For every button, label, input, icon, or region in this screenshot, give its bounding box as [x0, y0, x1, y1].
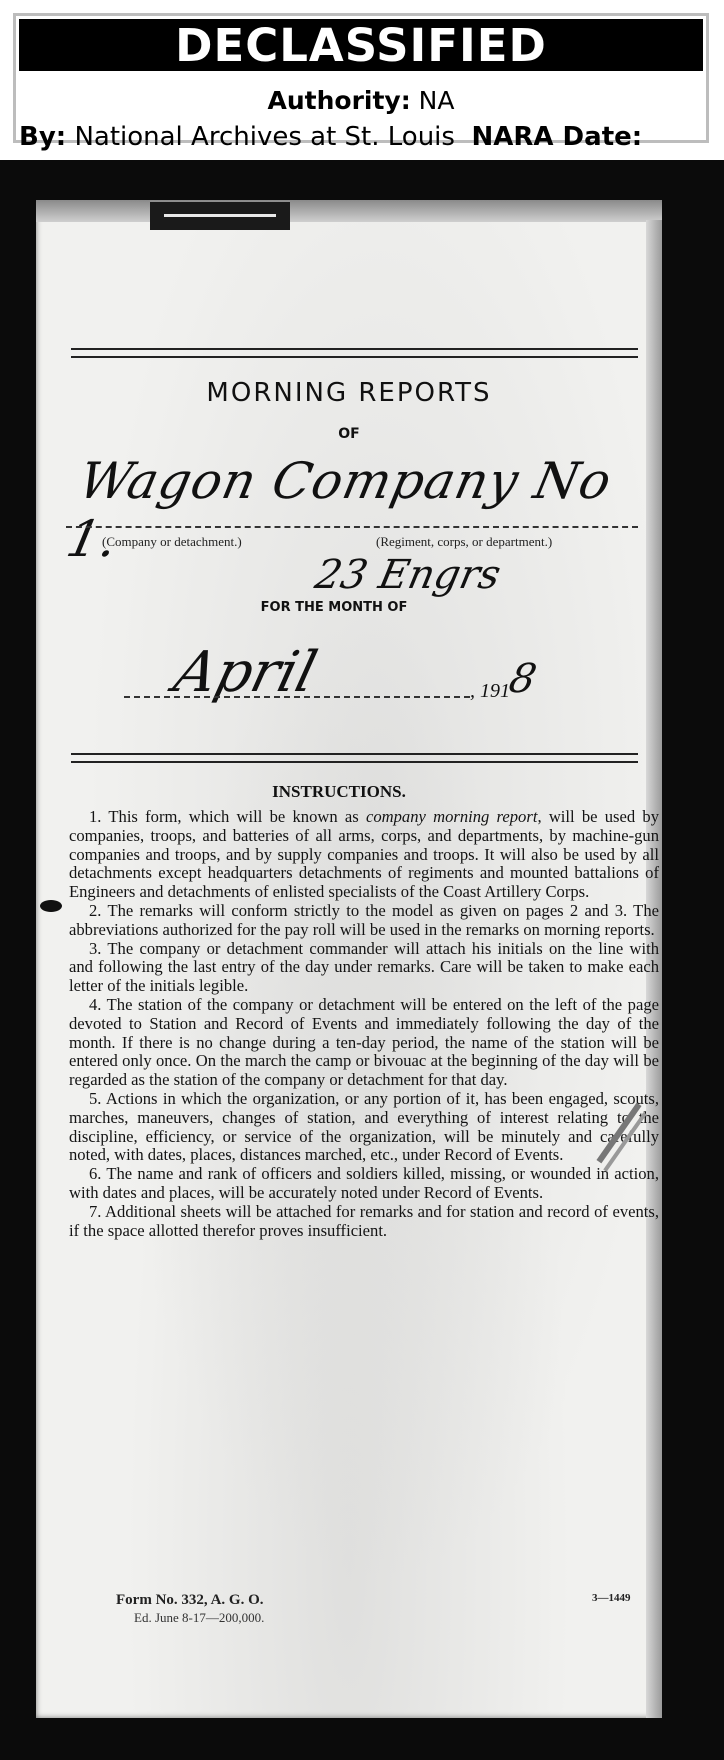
- authority-label: Authority:: [268, 86, 411, 115]
- ink-smudge: [40, 900, 62, 912]
- instruction-number: 5.: [89, 1089, 101, 1108]
- instruction-number: 3.: [89, 939, 101, 958]
- instruction-item: 1. This form, which will be known as com…: [69, 808, 659, 902]
- company-handwriting: Wagon Company No 1.: [62, 452, 675, 568]
- of-label: OF: [36, 426, 662, 442]
- instruction-item: 4. The station of the company or detachm…: [69, 996, 659, 1090]
- nara-date-label: NARA Date:: [471, 122, 642, 152]
- company-dotted-line: [66, 526, 638, 528]
- declassification-stamp: DECLASSIFIED Authority: NA By: National …: [13, 13, 709, 143]
- instruction-number: 1.: [89, 807, 101, 826]
- bottom-double-rule: [71, 753, 638, 763]
- instruction-text: Actions in which the organization, or an…: [69, 1089, 659, 1164]
- month-dotted-line: [124, 696, 470, 698]
- instruction-number: 4.: [89, 995, 101, 1014]
- regiment-caption: (Regiment, corps, or department.): [376, 534, 552, 550]
- instruction-text: The name and rank of officers and soldie…: [69, 1164, 659, 1202]
- authority-value: NA: [419, 86, 455, 115]
- instruction-item: 3. The company or detachment commander w…: [69, 940, 659, 996]
- year-prefix: , 191: [470, 680, 510, 703]
- company-caption: (Company or detachment.): [102, 534, 242, 550]
- top-double-rule: [71, 348, 638, 358]
- instruction-number: 6.: [89, 1164, 101, 1183]
- binding-clip: [150, 202, 290, 230]
- instruction-text: The remarks will conform strictly to the…: [69, 901, 659, 939]
- instruction-number: 2.: [89, 901, 101, 920]
- by-value: National Archives at St. Louis: [74, 122, 455, 152]
- regiment-handwriting: 23 Engrs: [311, 552, 505, 598]
- scanned-document-area: MORNING REPORTS OF Wagon Company No 1. (…: [0, 160, 724, 1760]
- instruction-item: 2. The remarks will conform strictly to …: [69, 902, 659, 940]
- instructions-title: INSTRUCTIONS.: [36, 782, 642, 802]
- instruction-item: 5. Actions in which the organization, or…: [69, 1090, 659, 1165]
- instruction-text: The company or detachment commander will…: [69, 939, 659, 996]
- stamp-authority: Authority: NA: [16, 86, 706, 116]
- document-title: MORNING REPORTS: [36, 378, 662, 408]
- month-label: FOR THE MONTH OF: [36, 600, 632, 615]
- stamp-by-line: By: National Archives at St. Louis NARA …: [19, 122, 706, 152]
- stamp-title: DECLASSIFIED: [19, 19, 703, 71]
- document-page: MORNING REPORTS OF Wagon Company No 1. (…: [36, 200, 662, 1718]
- instruction-emphasis: company morning report: [366, 807, 537, 826]
- instruction-text: This form, which will be known as: [108, 807, 366, 826]
- paper-top-edge: [36, 200, 662, 222]
- instruction-text: Additional sheets will be attached for r…: [69, 1202, 659, 1240]
- instruction-item: 7. Additional sheets will be attached fo…: [69, 1203, 659, 1241]
- instructions-list: 1. This form, which will be known as com…: [69, 808, 659, 1240]
- instruction-number: 7.: [89, 1202, 101, 1221]
- form-code: 3—1449: [592, 1592, 631, 1604]
- form-number: Form No. 332, A. G. O.: [116, 1592, 264, 1609]
- form-edition: Ed. June 8-17—200,000.: [134, 1610, 264, 1626]
- year-handwriting: 8: [505, 656, 540, 702]
- instruction-text: The station of the company or detachment…: [69, 995, 659, 1089]
- by-label: By:: [19, 122, 66, 152]
- instruction-item: 6. The name and rank of officers and sol…: [69, 1165, 659, 1203]
